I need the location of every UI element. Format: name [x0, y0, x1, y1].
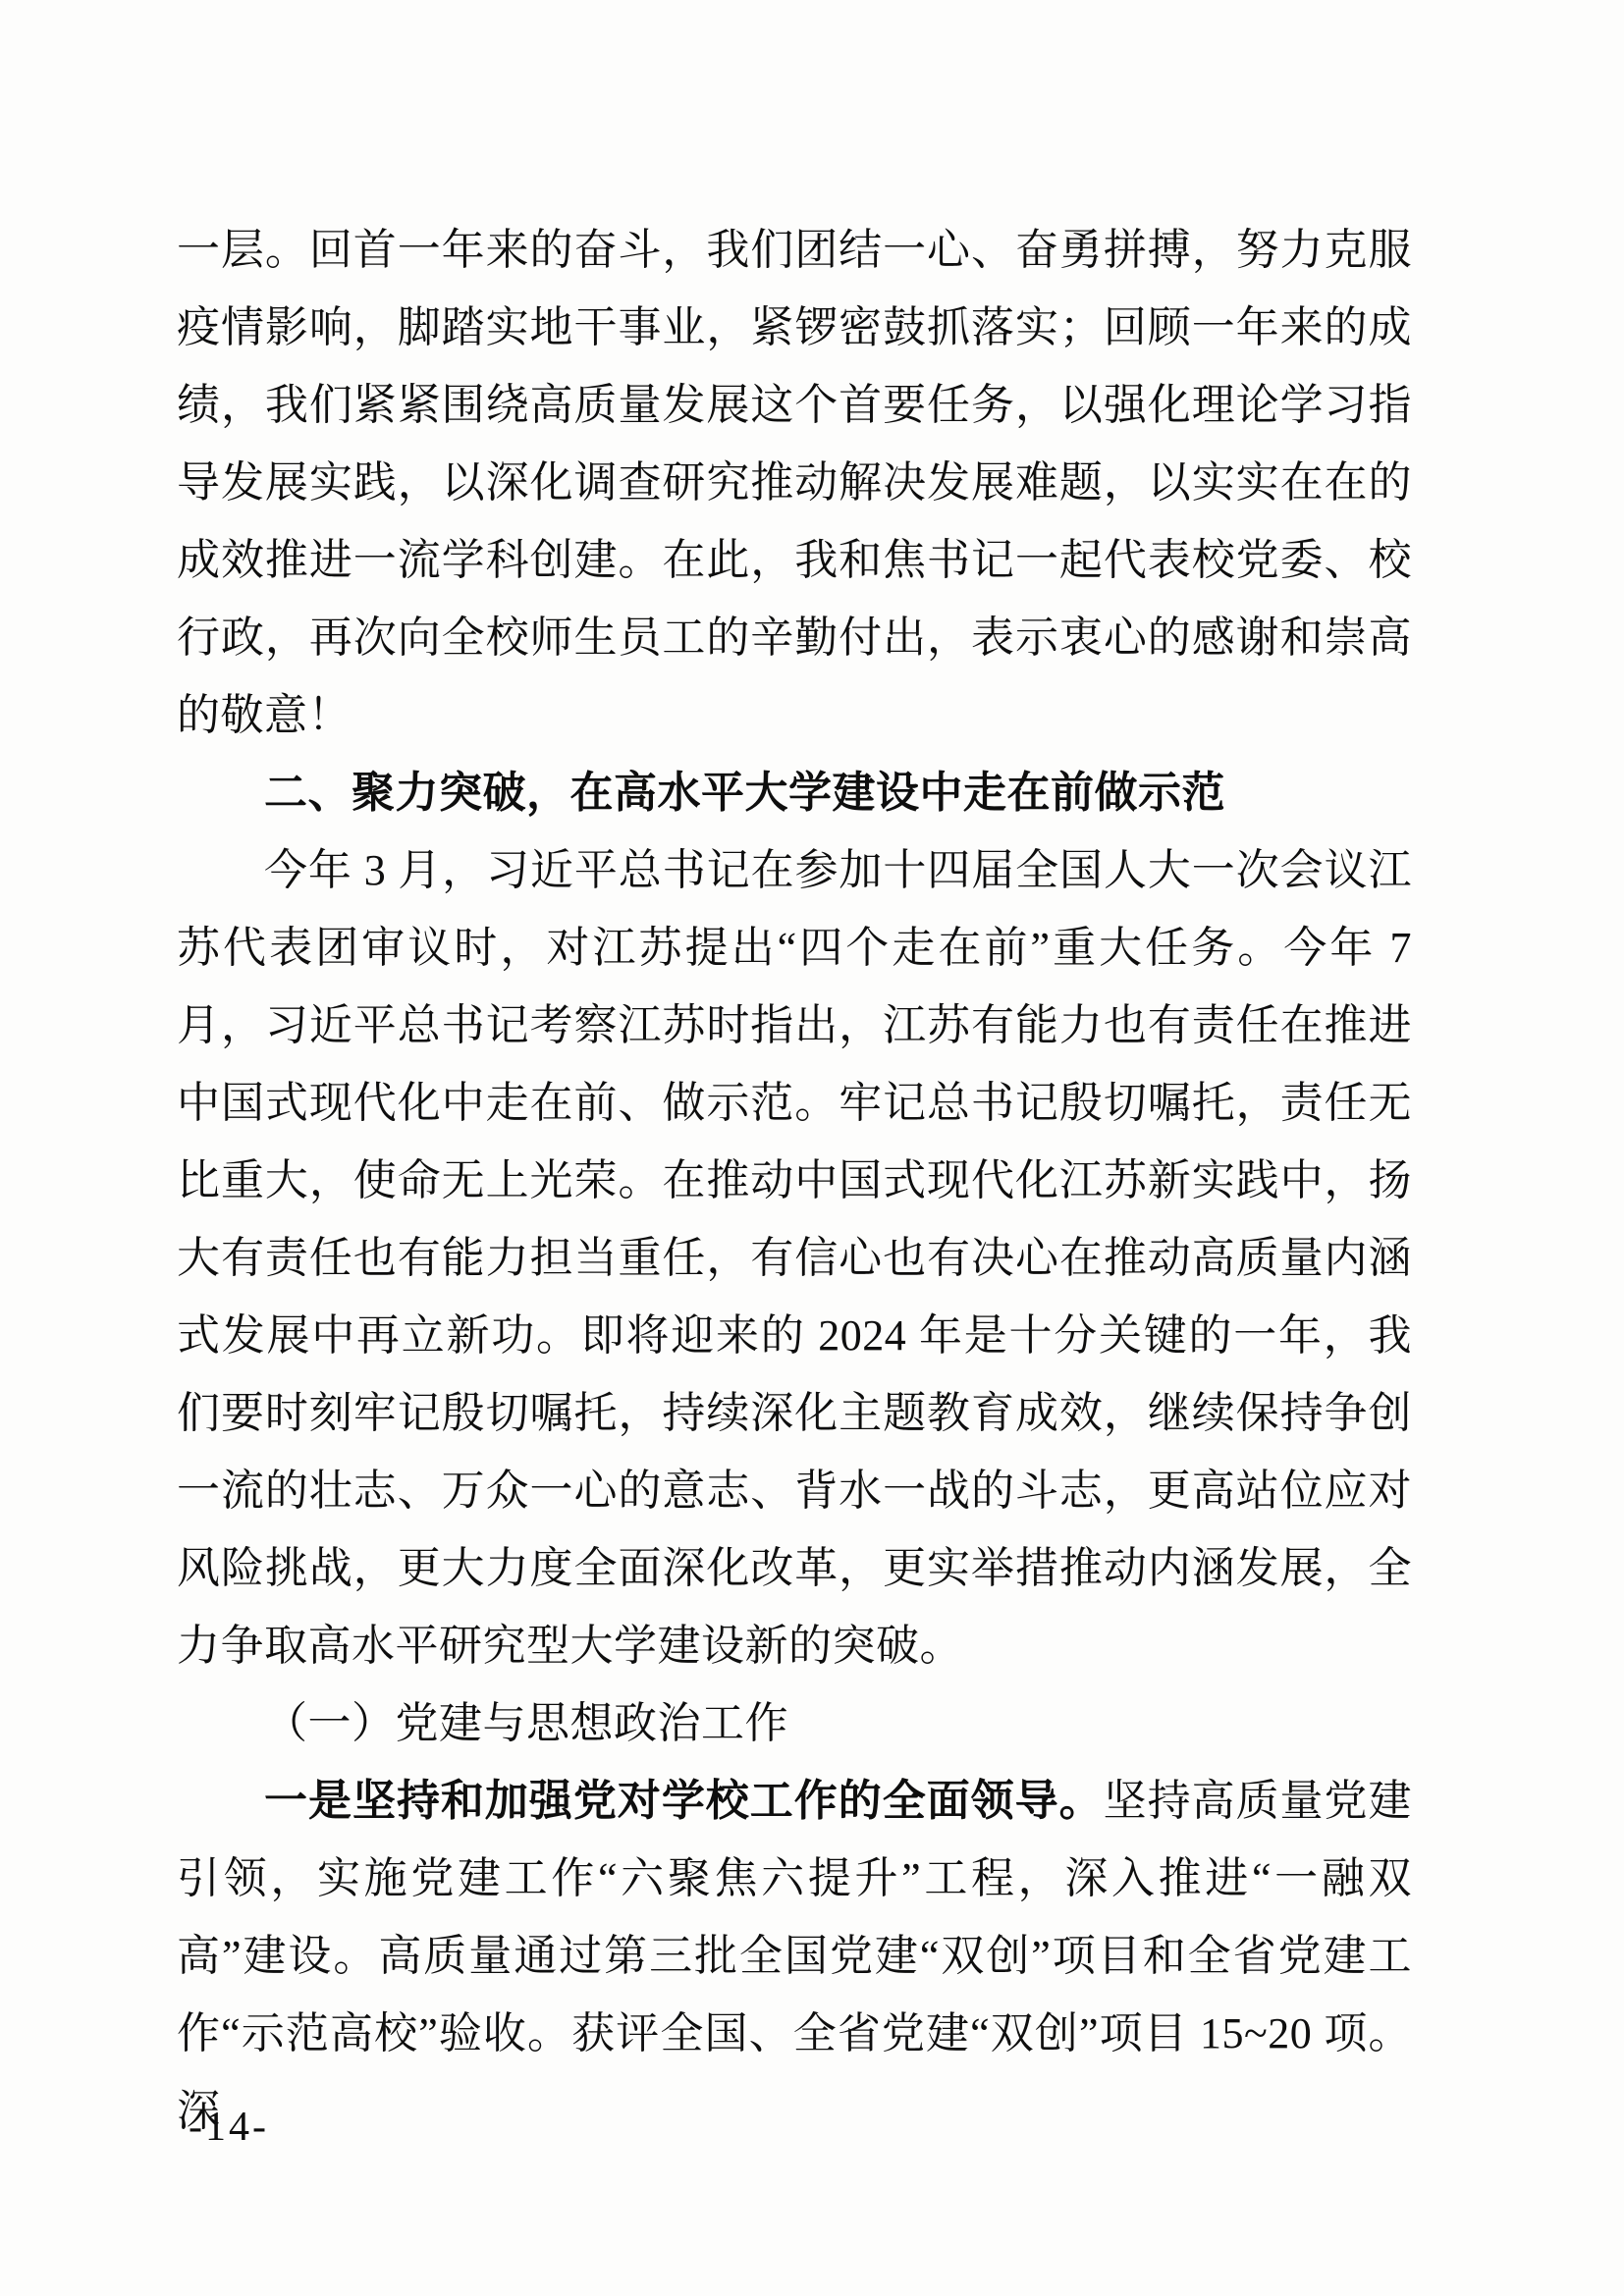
page: 一层。回首一年来的奋斗，我们团结一心、奋勇拼搏，努力克服疫情影响，脚踏实地干事业…	[0, 0, 1624, 2296]
body-paragraph-with-lead: 一是坚持和加强党对学校工作的全面领导。坚持高质量党建引领，实施党建工作“六聚焦六…	[177, 1762, 1412, 2150]
lead-following-text: 坚持高质量党建引领，实施党建工作“六聚焦六提升”工程，深入推进“一融双高”建设。…	[177, 1777, 1412, 2135]
body-paragraph-continuation: 一层。回首一年来的奋斗，我们团结一心、奋勇拼搏，努力克服疫情影响，脚踏实地干事业…	[177, 211, 1412, 754]
subsection-heading: （一）党建与思想政治工作	[177, 1684, 1412, 1762]
text-block: 一层。回首一年来的奋斗，我们团结一心、奋勇拼搏，努力克服疫情影响，脚踏实地干事业…	[177, 211, 1412, 2150]
section-heading: 二、聚力突破，在高水平大学建设中走在前做示范	[177, 754, 1412, 831]
page-number: -14-	[189, 2100, 269, 2155]
body-paragraph: 今年 3 月，习近平总书记在参加十四届全国人大一次会议江苏代表团审议时，对江苏提…	[177, 831, 1412, 1684]
lead-emphasis-text: 一是坚持和加强党对学校工作的全面领导。	[264, 1777, 1104, 1825]
